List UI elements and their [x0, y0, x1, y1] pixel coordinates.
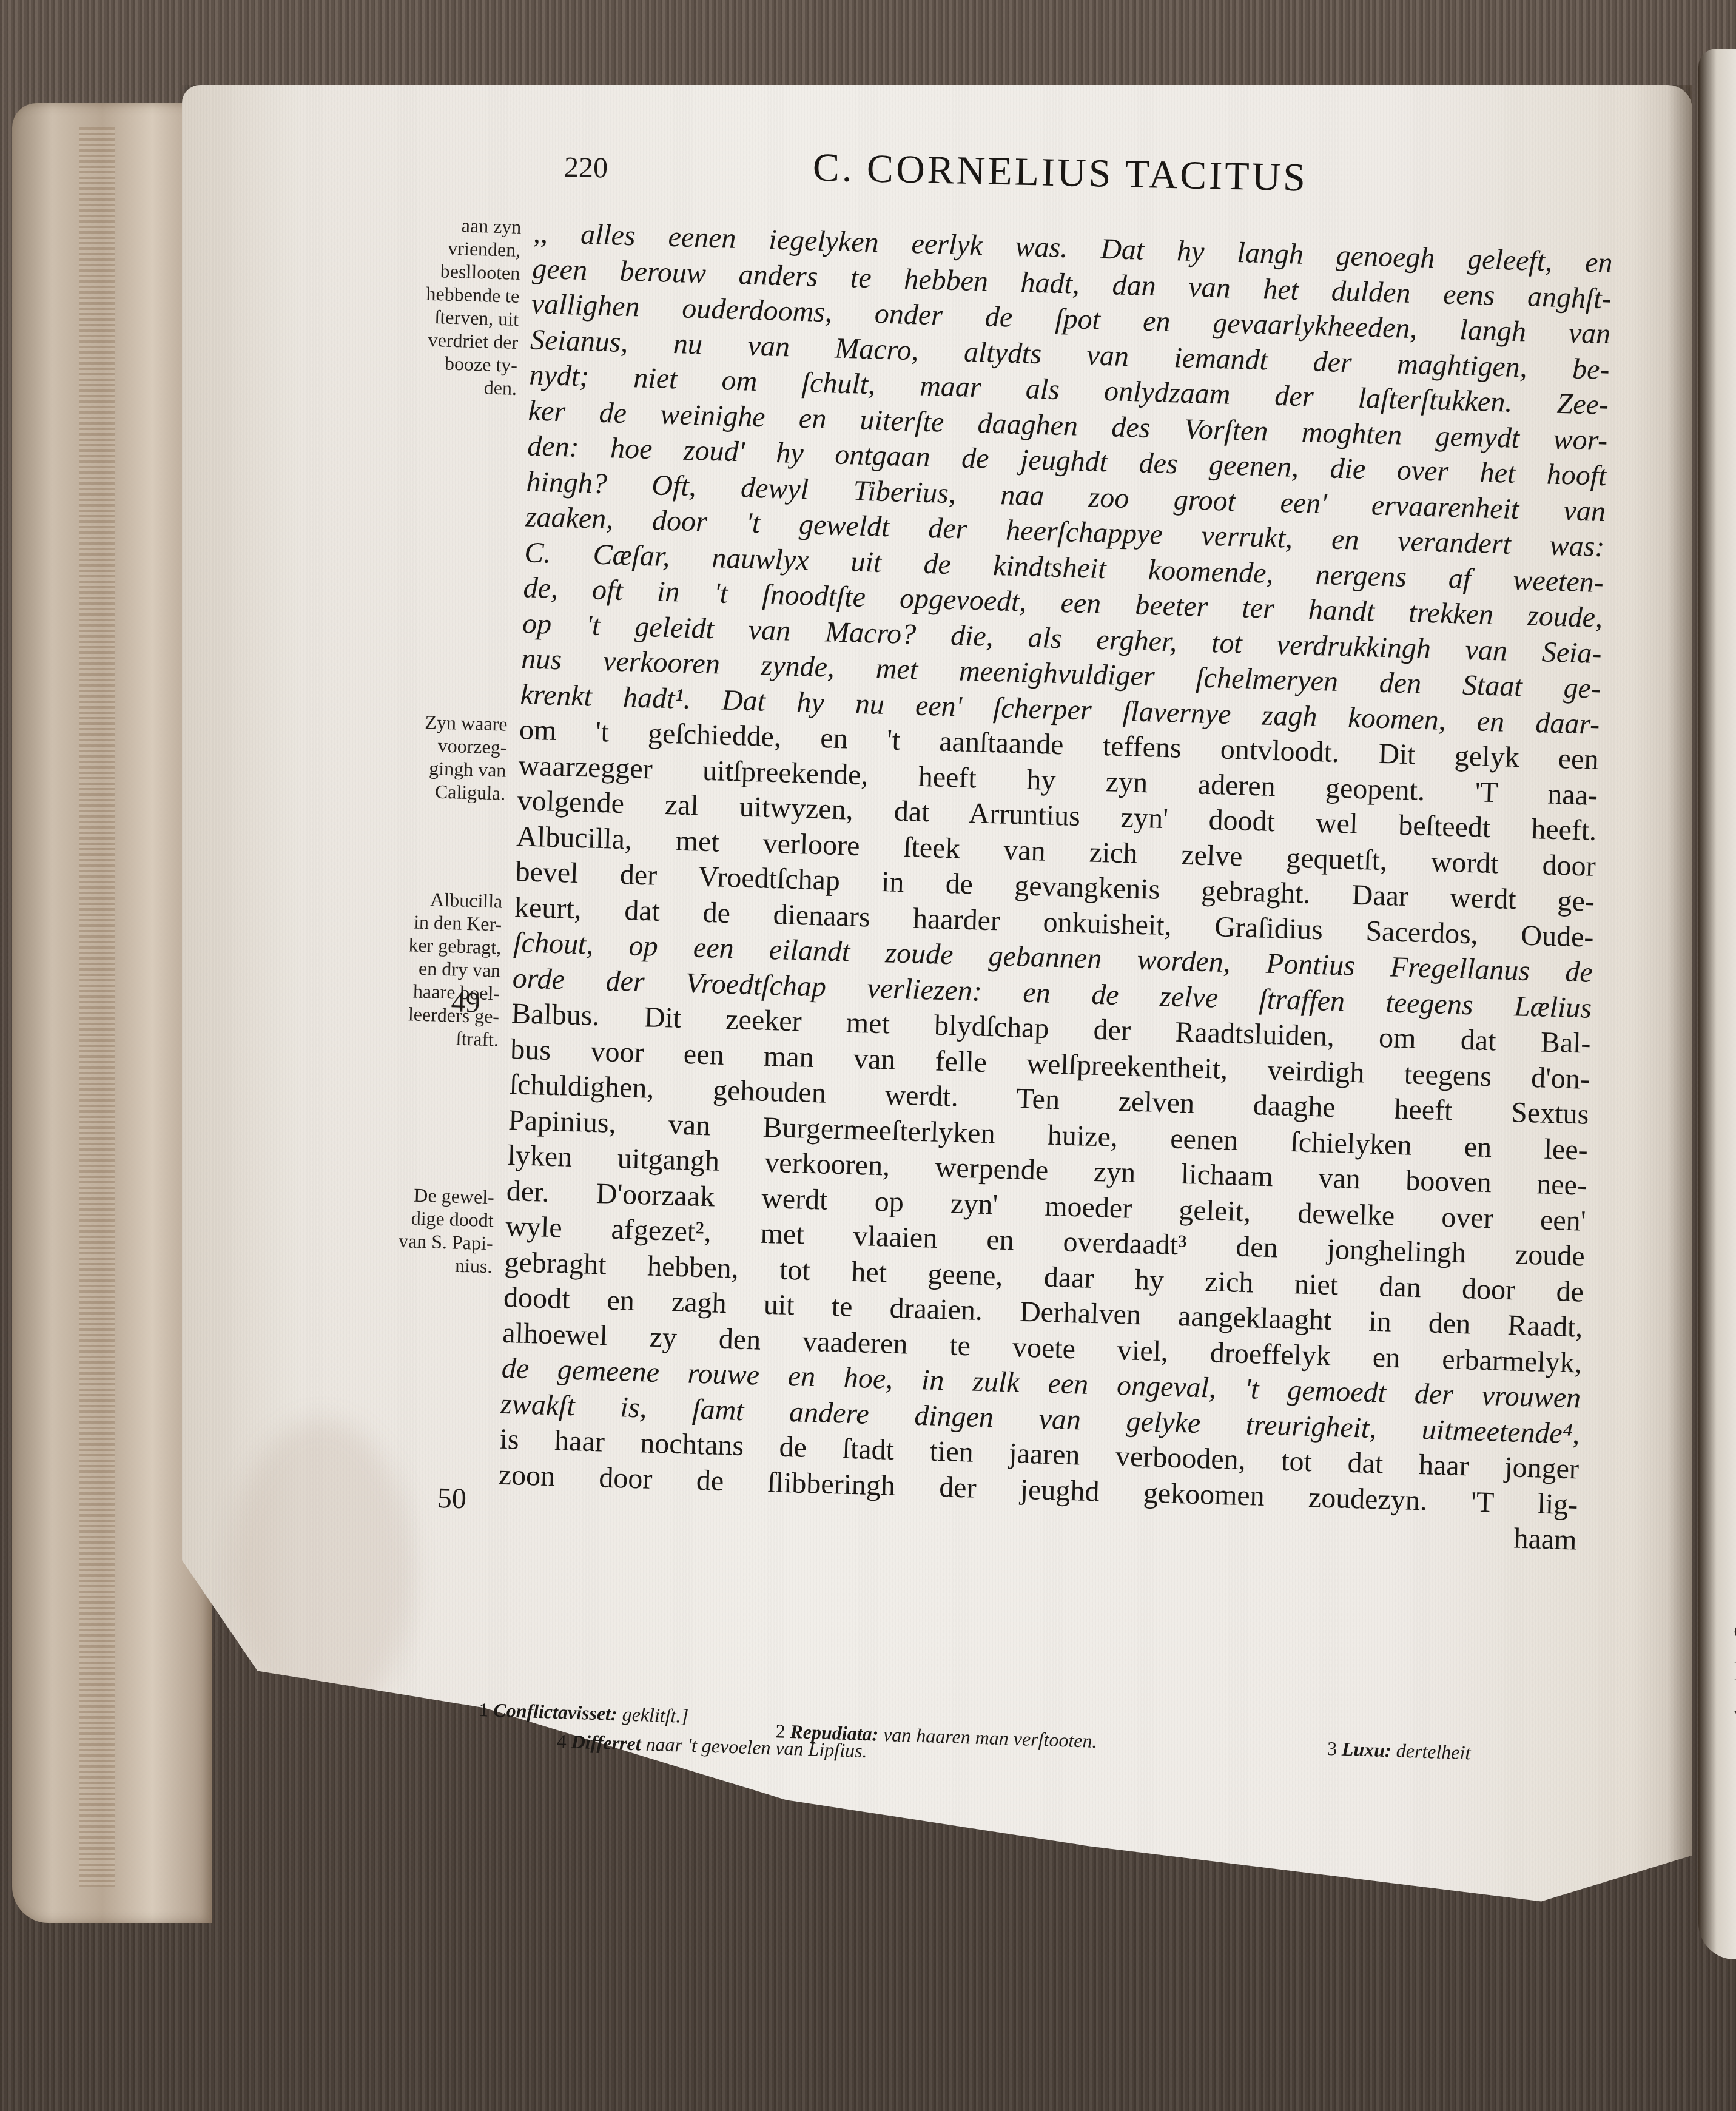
- footnote-number: 1: [479, 1699, 489, 1720]
- body-text: ,, alles eenen iegelyken eerlyk was. Dat…: [497, 216, 1613, 1558]
- section-number: 49: [451, 985, 481, 1019]
- footnote-number: 4: [556, 1730, 567, 1752]
- facing-page-fragment: w: [1734, 1699, 1736, 1729]
- footnote-number: 3: [1327, 1737, 1337, 1759]
- running-head: C. CORNELIUS TACITUS: [812, 145, 1308, 201]
- page-number: 220: [564, 150, 608, 184]
- facing-page-edge: c li w: [1698, 49, 1736, 1959]
- paper-stain: [230, 1419, 412, 1723]
- catchword: haam: [1513, 1521, 1578, 1558]
- footnote-term: Differret: [571, 1731, 641, 1755]
- margin-note: aan zyn vrienden, besllooten hebbende te…: [402, 212, 522, 400]
- margin-note: De gewel- dige doodt van S. Papi- nius.: [377, 1182, 494, 1278]
- footnote-term: Luxu:: [1342, 1738, 1392, 1762]
- footnote-gloss: dertelheit: [1396, 1740, 1471, 1764]
- margin-note: Albucilla in den Ker- ker gebragt, en dr…: [383, 886, 503, 1051]
- facing-page-fragment: li: [1734, 1656, 1736, 1687]
- footnote-term: Conflictavisset:: [493, 1699, 617, 1725]
- footnote-gloss: geklitſt.]: [622, 1703, 688, 1726]
- footnote-gloss: van haaren man verſtooten.: [883, 1723, 1097, 1752]
- footnote: 3 Luxu: dertelheit: [1327, 1737, 1471, 1764]
- page-gutter-shadow: [1668, 85, 1692, 1929]
- section-number: 50: [437, 1481, 467, 1515]
- margin-note: Zyn waare voorzeg- gingh van Caligula.: [390, 709, 508, 804]
- facing-page-fragment: c: [1734, 1614, 1736, 1645]
